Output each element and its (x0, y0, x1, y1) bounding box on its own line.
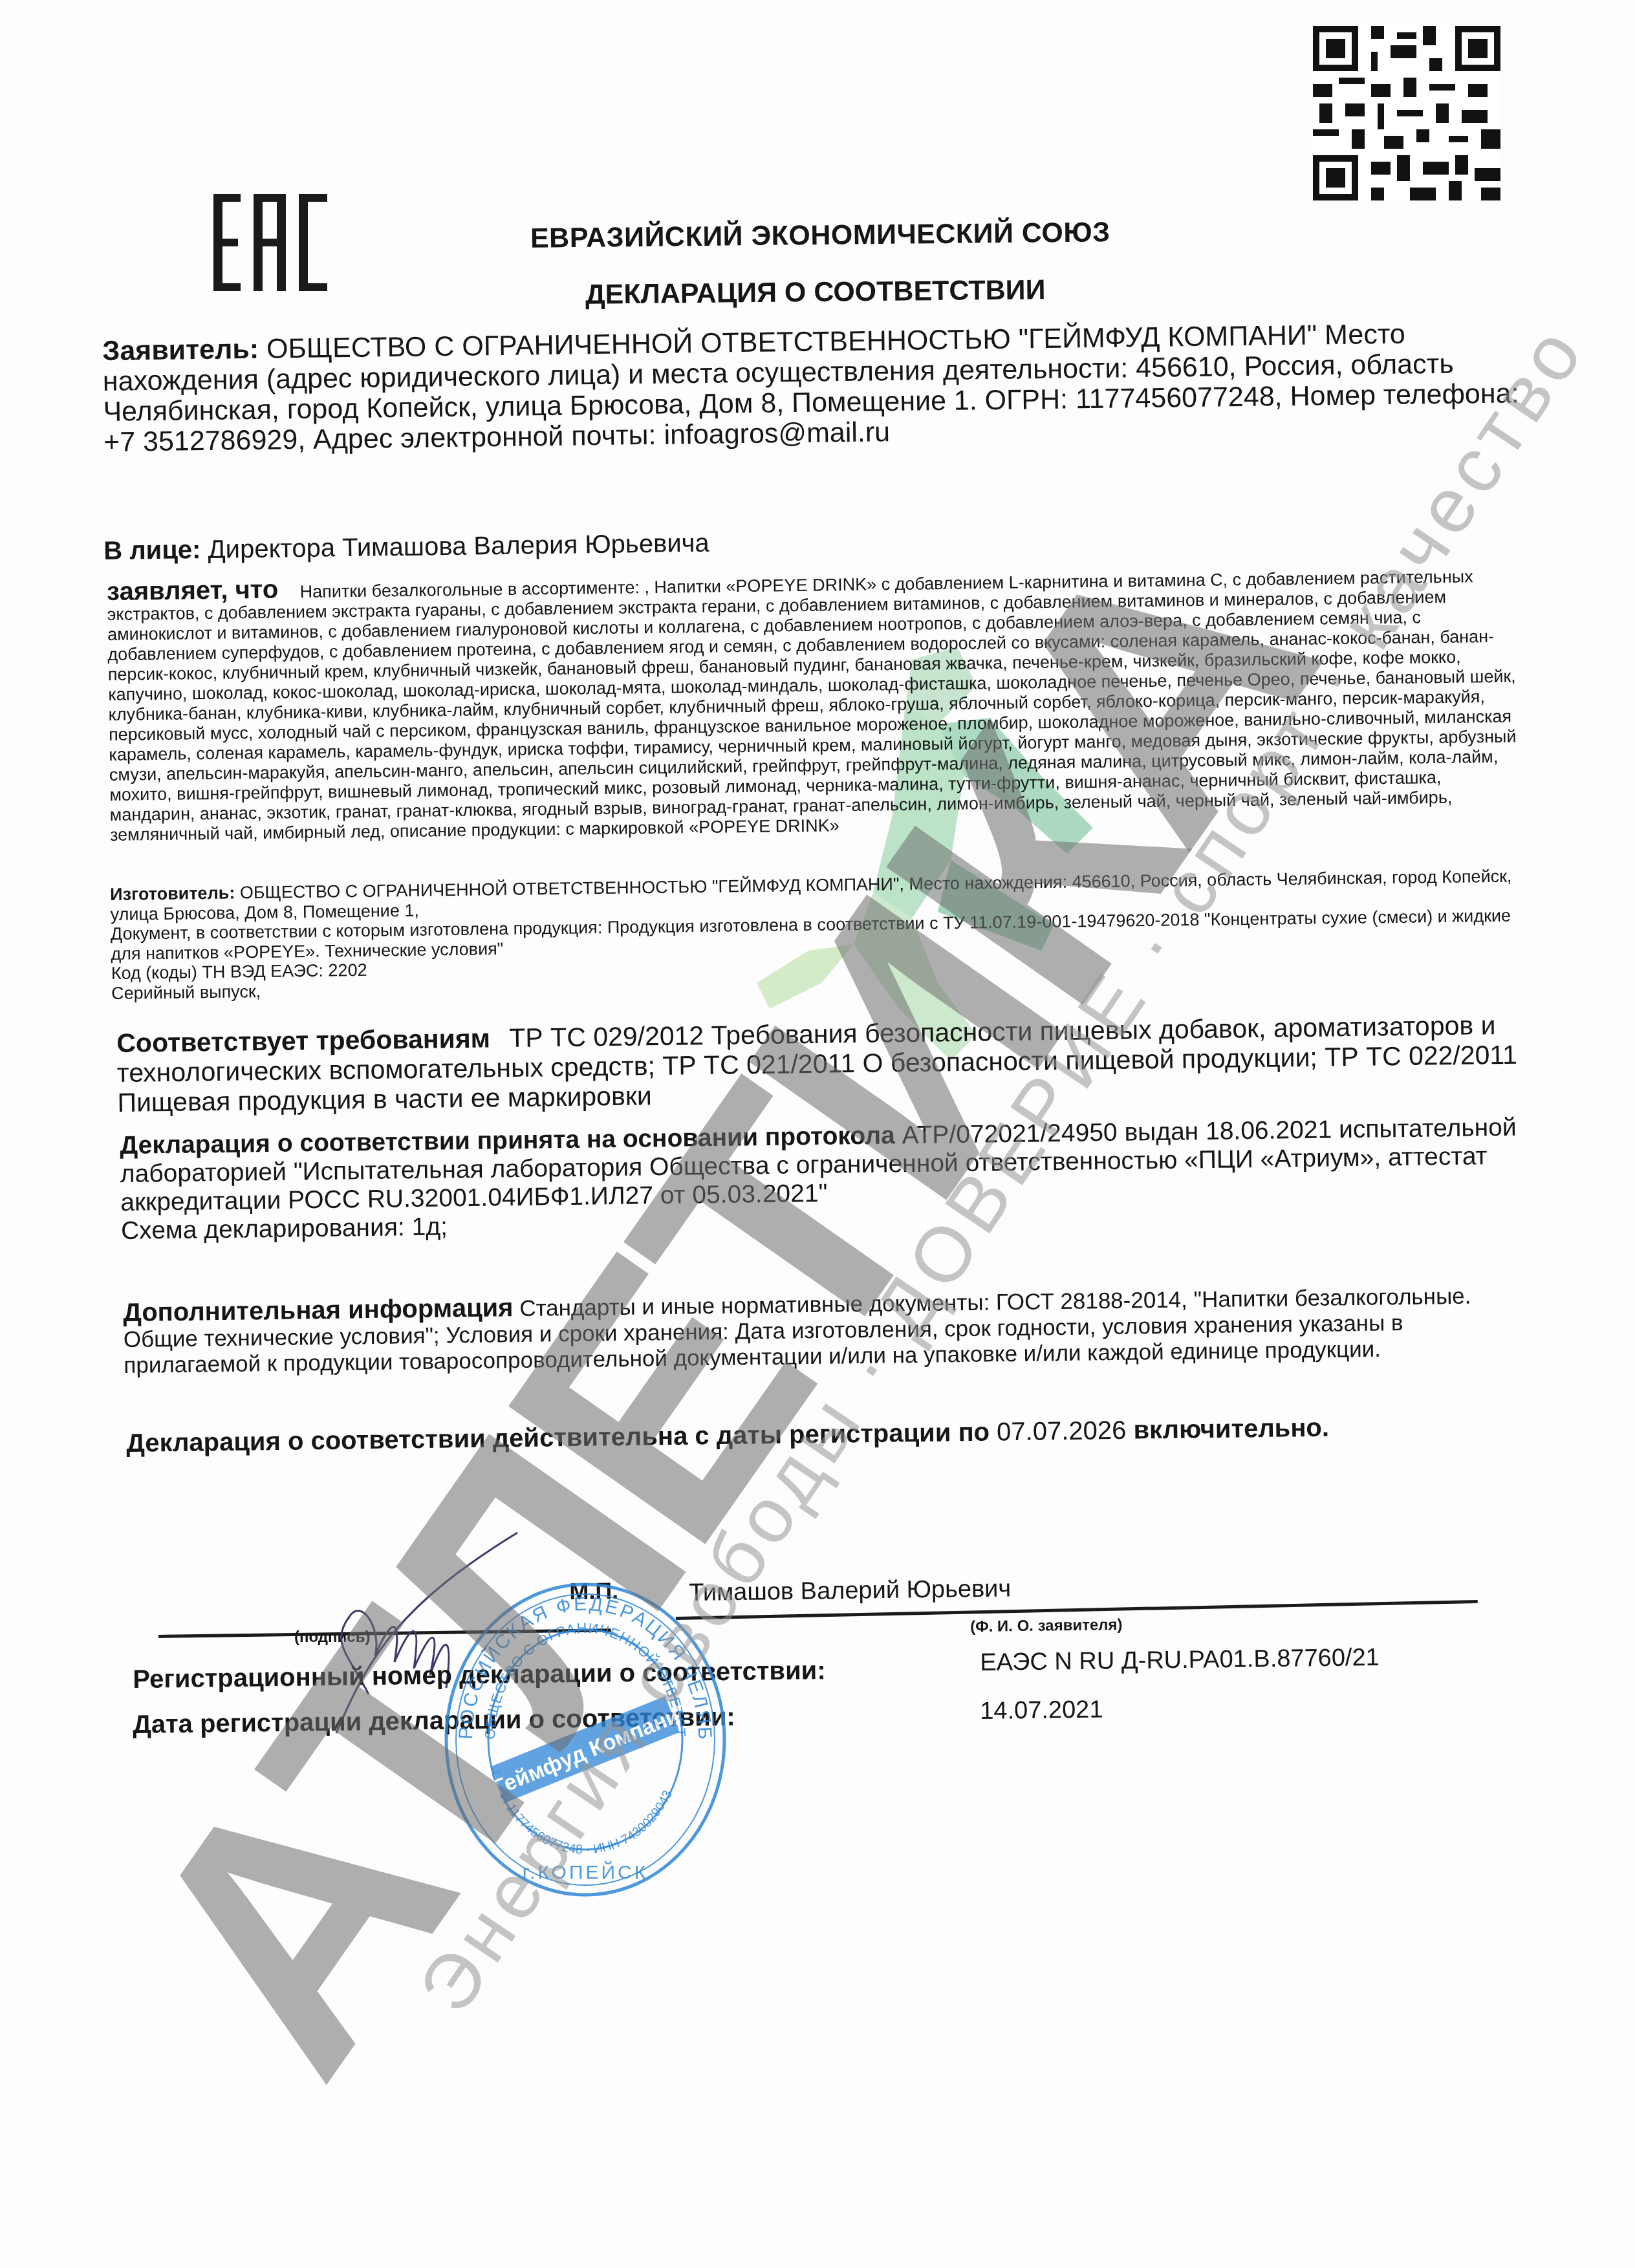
declares-section: заявляет, что Напитки безалкогольные в а… (107, 563, 1520, 845)
representative-label: В лице: (103, 535, 201, 565)
manufacturer-label: Изготовитель: (110, 883, 235, 904)
manufacturer-section: Изготовитель: ОБЩЕСТВО С ОГРАНИЧЕННОЙ ОТ… (110, 866, 1521, 1003)
declares-label: заявляет, что (107, 576, 279, 606)
eac-mark-icon (213, 194, 330, 291)
additional-info-section: Дополнительная информация Стандарты и ин… (123, 1282, 1514, 1379)
requirements-label: Соответствует требованиям (116, 1023, 490, 1058)
signature-caption: (подпись) (294, 1628, 370, 1647)
document-title: ДЕКЛАРАЦИЯ О СООТВЕТСТВИИ (585, 274, 1046, 310)
seal-place-label: М.П. (569, 1577, 618, 1605)
registration-number-label: Регистрационный номер декларации о соотв… (133, 1656, 826, 1694)
seal-ogrn-text: ОГРН 1177456077248 · ИНН 7430029043 (488, 1769, 675, 1857)
applicant-label: Заявитель: (102, 334, 259, 367)
applicant-text: ОБЩЕСТВО С ОГРАНИЧЕННОЙ ОТВЕТСТВЕННОСТЬЮ… (103, 319, 1519, 458)
svg-text:ОГРН 1177456077248 · ИНН 74300: ОГРН 1177456077248 · ИНН 7430029043 (488, 1769, 675, 1857)
validity-prefix: Декларация о соответствии действительна … (126, 1418, 990, 1458)
representative-section: В лице: Директора Тимашова Валерия Юрьев… (103, 529, 709, 566)
applicant-name: Тимашов Валерий Юрьевич (689, 1575, 1012, 1607)
requirements-section: Соответствует требованиям ТР ТС 029/2012… (116, 1010, 1541, 1118)
representative-text: Директора Тимашова Валерия Юрьевича (208, 529, 709, 564)
validity-suffix: включительно. (1133, 1414, 1329, 1445)
qr-code-icon[interactable] (1313, 26, 1500, 200)
company-seal-icon: РОССИЙСКАЯ ФЕДЕРАЦИЯ ЧЕЛЯБИНСКАЯ ОБЛАСТЬ… (433, 1578, 737, 1901)
validity-statement: Декларация о соответствии действительна … (126, 1414, 1329, 1458)
product-description: Напитки безалкогольные в ассортименте: ,… (107, 567, 1516, 845)
validity-date: 07.07.2026 (997, 1416, 1127, 1447)
applicant-section: Заявитель: ОБЩЕСТВО С ОГРАНИЧЕННОЙ ОТВЕТ… (102, 318, 1559, 458)
seal-city-text: г.КОПЕЙСК (523, 1861, 648, 1883)
registration-number: ЕАЭС N RU Д-RU.PA01.B.87760/21 (980, 1644, 1380, 1677)
additional-info-label: Дополнительная информация (123, 1293, 514, 1327)
registration-date-label: Дата регистрации декларации о соответств… (133, 1703, 735, 1740)
union-heading: ЕВРАЗИЙСКИЙ ЭКОНОМИЧЕСКИЙ СОЮЗ (530, 217, 1110, 254)
name-caption: (Ф. И. О. заявителя) (970, 1616, 1123, 1636)
declaration-page: ЕВРАЗИЙСКИЙ ЭКОНОМИЧЕСКИЙ СОЮЗ ДЕКЛАРАЦИ… (0, 0, 1635, 2268)
basis-section: Декларация о соответствии принята на осн… (120, 1113, 1544, 1246)
signature-line (158, 1628, 611, 1638)
registration-date: 14.07.2021 (980, 1696, 1103, 1725)
